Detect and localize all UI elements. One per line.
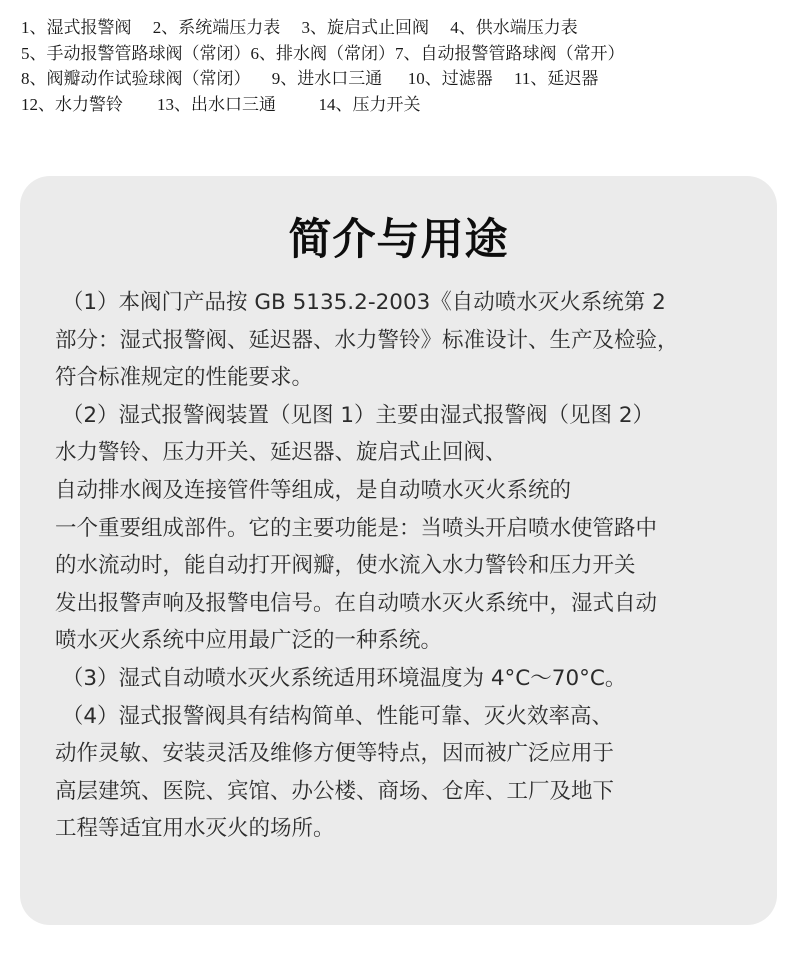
- body-line: 动作灵敏、安装灵活及维修方便等特点，因而被广泛应用于: [55, 735, 775, 773]
- body-line: 发出报警声响及报警电信号。在自动喷水灭火系统中，湿式自动: [55, 585, 775, 623]
- body-line: 喷水灭火系统中应用最广泛的一种系统。: [55, 622, 775, 660]
- legend-line: 12、水力警铃 13、出水口三通 14、压力开关: [21, 92, 781, 118]
- intro-card: 简介与用途 （1）本阀门产品按 GB 5135.2-2003《自动喷水灭火系统第…: [20, 176, 777, 925]
- body-line: 部分：湿式报警阀、延迟器、水力警铃》标准设计、生产及检验，: [55, 322, 775, 360]
- legend-line: 8、阀瓣动作试验球阀（常闭） 9、进水口三通 10、过滤器 11、延迟器: [21, 66, 781, 92]
- section-title: 简介与用途: [20, 212, 777, 268]
- body-line: 高层建筑、医院、宾馆、办公楼、商场、仓库、工厂及地下: [55, 773, 775, 811]
- body-line: （2）湿式报警阀装置（见图 1）主要由湿式报警阀（见图 2）: [55, 397, 775, 435]
- body-line: 自动排水阀及连接管件等组成，是自动喷水灭火系统的: [55, 472, 775, 510]
- body-line: （4）湿式报警阀具有结构简单、性能可靠、灭火效率高、: [55, 698, 775, 736]
- body-line: 一个重要组成部件。它的主要功能是：当喷头开启喷水使管路中: [55, 510, 775, 548]
- body-line: 工程等适宜用水灭火的场所。: [55, 810, 775, 848]
- section-body: （1）本阀门产品按 GB 5135.2-2003《自动喷水灭火系统第 2 部分：…: [55, 284, 775, 848]
- body-line: 水力警铃、压力开关、延迟器、旋启式止回阀、: [55, 434, 775, 472]
- body-line: 符合标准规定的性能要求。: [55, 359, 775, 397]
- legend-line: 5、手动报警管路球阀（常闭）6、排水阀（常闭）7、自动报警管路球阀（常开）: [21, 41, 781, 67]
- body-line: （1）本阀门产品按 GB 5135.2-2003《自动喷水灭火系统第 2: [55, 284, 775, 322]
- legend-line: 1、湿式报警阀 2、系统端压力表 3、旋启式止回阀 4、供水端压力表: [21, 15, 781, 41]
- body-line: （3）湿式自动喷水灭火系统适用环境温度为 4°C～70°C。: [55, 660, 775, 698]
- component-legend: 1、湿式报警阀 2、系统端压力表 3、旋启式止回阀 4、供水端压力表 5、手动报…: [21, 15, 781, 117]
- body-line: 的水流动时，能自动打开阀瓣，使水流入水力警铃和压力开关: [55, 547, 775, 585]
